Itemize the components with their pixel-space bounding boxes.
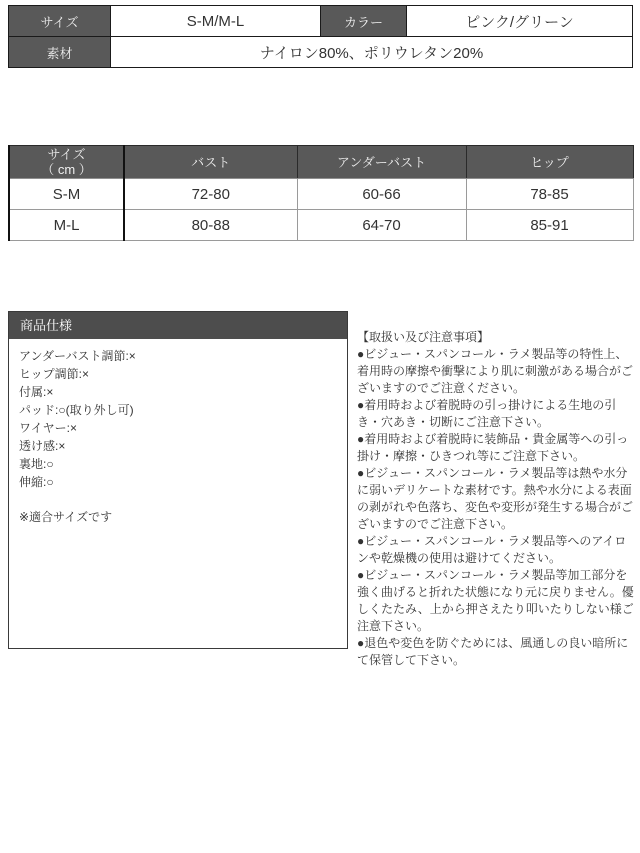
- handling-note-item: ●ビジュー・スパンコール・ラメ製品等は熱や水分に弱いデリケートな素材です。熱や水…: [357, 465, 636, 533]
- spec-item: ワイヤー:×: [19, 419, 337, 437]
- size-header-cell: サイズ: [9, 6, 111, 37]
- handling-note-item: ●ビジュー・スパンコール・ラメ製品等へのアイロンや乾燥機の使用は避けてください。: [357, 533, 636, 567]
- fit-size-note: ※適合サイズです: [19, 508, 337, 526]
- meas-header-size: サイズ （ cm ）: [9, 146, 124, 179]
- spec-item: 透け感:×: [19, 437, 337, 455]
- material-value-cell: ナイロン80%、ポリウレタン20%: [111, 37, 633, 68]
- handling-notes-title: 【取扱い及び注意事項】: [357, 329, 636, 346]
- spec-item: パッド:○(取り外し可): [19, 401, 337, 419]
- meas-size-cell: M-L: [9, 210, 124, 241]
- spec-item: 付属:×: [19, 383, 337, 401]
- meas-bust-cell: 72-80: [124, 179, 297, 210]
- handling-note-item: ●ビジュー・スパンコール・ラメ製品等加工部分を強く曲げると折れた状態になり元に戻…: [357, 567, 636, 635]
- meas-hip-cell: 78-85: [466, 179, 633, 210]
- spec-item: ヒップ調節:×: [19, 365, 337, 383]
- color-header-cell: カラー: [321, 6, 407, 37]
- handling-note-item: ●ビジュー・スパンコール・ラメ製品等の特性上、着用時の摩擦や衝撃により肌に刺激が…: [357, 346, 636, 397]
- product-detail-page: サイズ S-M/M-L カラー ピンク/グリーン 素材 ナイロン80%、ポリウレ…: [0, 0, 640, 853]
- meas-header-hip: ヒップ: [466, 146, 633, 179]
- measurements-table: サイズ （ cm ） バスト アンダーバスト ヒップ S-M 72-80 60-…: [8, 145, 634, 241]
- meas-underbust-cell: 64-70: [297, 210, 466, 241]
- handling-note-item: ●着用時および着脱時の引っ掛けによる生地の引き・穴あき・切断にご注意下さい。: [357, 397, 636, 431]
- color-value-cell: ピンク/グリーン: [407, 6, 633, 37]
- handling-notes: 【取扱い及び注意事項】 ●ビジュー・スパンコール・ラメ製品等の特性上、着用時の摩…: [357, 329, 636, 669]
- meas-header-underbust: アンダーバスト: [297, 146, 466, 179]
- table-row: 素材 ナイロン80%、ポリウレタン20%: [9, 37, 633, 68]
- meas-underbust-cell: 60-66: [297, 179, 466, 210]
- size-value-cell: S-M/M-L: [111, 6, 321, 37]
- product-specs-box: 商品仕様 アンダーバスト調節:× ヒップ調節:× 付属:× パッド:○(取り外し…: [8, 311, 348, 649]
- table-row: S-M 72-80 60-66 78-85: [9, 179, 633, 210]
- handling-note-item: ●退色や変色を防ぐためには、風通しの良い暗所にて保管して下さい。: [357, 635, 636, 669]
- table-row: M-L 80-88 64-70 85-91: [9, 210, 633, 241]
- meas-bust-cell: 80-88: [124, 210, 297, 241]
- handling-note-item: ●着用時および着脱時に装飾品・貴金属等への引っ掛け・摩擦・ひきつれ等にご注意下さ…: [357, 431, 636, 465]
- meas-hip-cell: 85-91: [466, 210, 633, 241]
- meas-size-cell: S-M: [9, 179, 124, 210]
- product-specs-list: アンダーバスト調節:× ヒップ調節:× 付属:× パッド:○(取り外し可) ワイ…: [9, 339, 347, 526]
- spec-item: アンダーバスト調節:×: [19, 347, 337, 365]
- spec-item: 裏地:○: [19, 455, 337, 473]
- table-row: サイズ S-M/M-L カラー ピンク/グリーン: [9, 6, 633, 37]
- product-specs-title: 商品仕様: [9, 312, 347, 339]
- meas-header-size-line1: サイズ: [10, 147, 123, 162]
- table-header-row: サイズ （ cm ） バスト アンダーバスト ヒップ: [9, 146, 633, 179]
- meas-header-size-line2: （ cm ）: [10, 162, 123, 177]
- meas-header-bust: バスト: [124, 146, 297, 179]
- material-header-cell: 素材: [9, 37, 111, 68]
- spec-item: 伸縮:○: [19, 473, 337, 491]
- product-spec-table: サイズ S-M/M-L カラー ピンク/グリーン 素材 ナイロン80%、ポリウレ…: [8, 5, 633, 68]
